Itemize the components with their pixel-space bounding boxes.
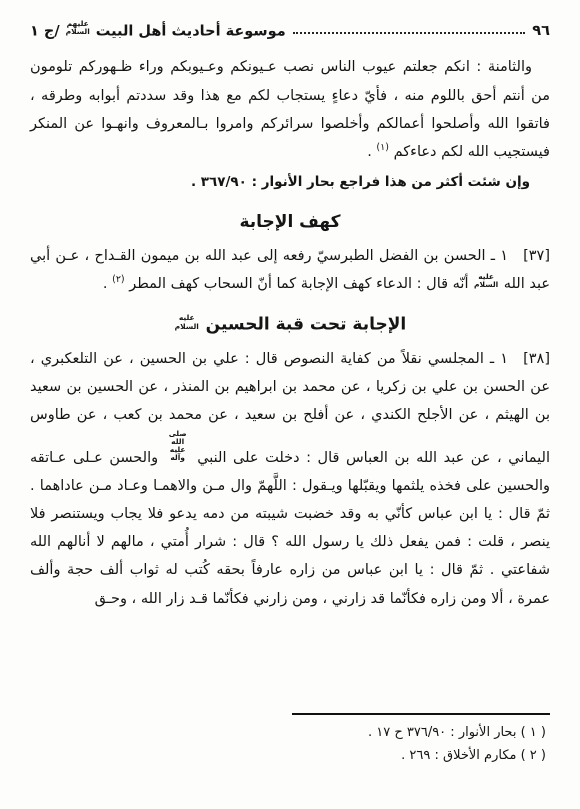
- footnote-divider: [292, 713, 550, 715]
- hadith-38-number: [٣٨]: [523, 351, 550, 367]
- paragraph-admonition-text: والثامنة : انكم جعلتم عيوب الناس نصب عـي…: [30, 59, 550, 160]
- book-title-text: موسوعة أحاديث أهل البيت: [96, 23, 286, 39]
- honorific-ahl-albayt-icon: عليهم السلام: [65, 20, 91, 37]
- footnote-2: ( ٢ ) مكارم الأخلاق : ٢٦٩ .: [30, 745, 550, 768]
- hadith-37-number: [٣٧]: [523, 248, 550, 264]
- footnotes-section: ( ١ ) بحار الأنوار : ٣٧٦/٩٠ ح ١٧ . ( ٢ )…: [30, 713, 550, 770]
- footnote-1: ( ١ ) بحار الأنوار : ٣٧٦/٩٠ ح ١٧ .: [30, 722, 550, 745]
- section-heading-ijaba-qubbat-husayn: الإجابة تحت قبة الحسين عليه السلام: [30, 314, 550, 334]
- page-header: ٩٦ موسوعة أحاديث أهل البيت عليهم السلام …: [30, 20, 550, 39]
- hadith-37-period: .: [103, 276, 112, 292]
- hadith-37-text-b: أنّه قال : الدعاء كهف الإجابة كما أنّ ال…: [129, 276, 468, 292]
- book-page: ٩٦ موسوعة أحاديث أهل البيت عليهم السلام …: [0, 0, 580, 809]
- header-dotted-leader: [293, 32, 526, 34]
- reference-note: وإن شئت أكثر من هذا فراجع بحار الأنوار :…: [30, 170, 550, 196]
- honorific-prophet-icon: صلى الله عليه وآله: [165, 430, 191, 463]
- book-title: موسوعة أحاديث أهل البيت عليهم السلام /ج …: [30, 20, 286, 39]
- page-number: ٩٦: [532, 23, 550, 39]
- honorific-alayhi-salam-icon: عليه السلام: [473, 273, 499, 290]
- section-heading-text: الإجابة تحت قبة الحسين: [206, 315, 407, 335]
- hadith-38: [٣٨]١ ـ المجلسي نقلاً من كفاية النصوص قا…: [30, 345, 550, 613]
- hadith-37: [٣٧]١ ـ الحسن بن الفضل الطبرسيّ رفعه إلى…: [30, 242, 550, 299]
- footnote-ref-2: (٢): [112, 274, 125, 285]
- hadith-38-text-b: والحسن عـلى عـاتقه والحسين على فخذه يلثم…: [30, 449, 550, 606]
- honorific-husayn-icon: عليه السلام: [174, 314, 200, 331]
- section-heading-kahf-al-ijaba: كهف الإجابة: [30, 212, 550, 232]
- footnote-ref-1: (١): [376, 142, 389, 153]
- paragraph-admonition: والثامنة : انكم جعلتم عيوب الناس نصب عـي…: [30, 53, 550, 166]
- volume-label: /ج ١: [30, 23, 60, 39]
